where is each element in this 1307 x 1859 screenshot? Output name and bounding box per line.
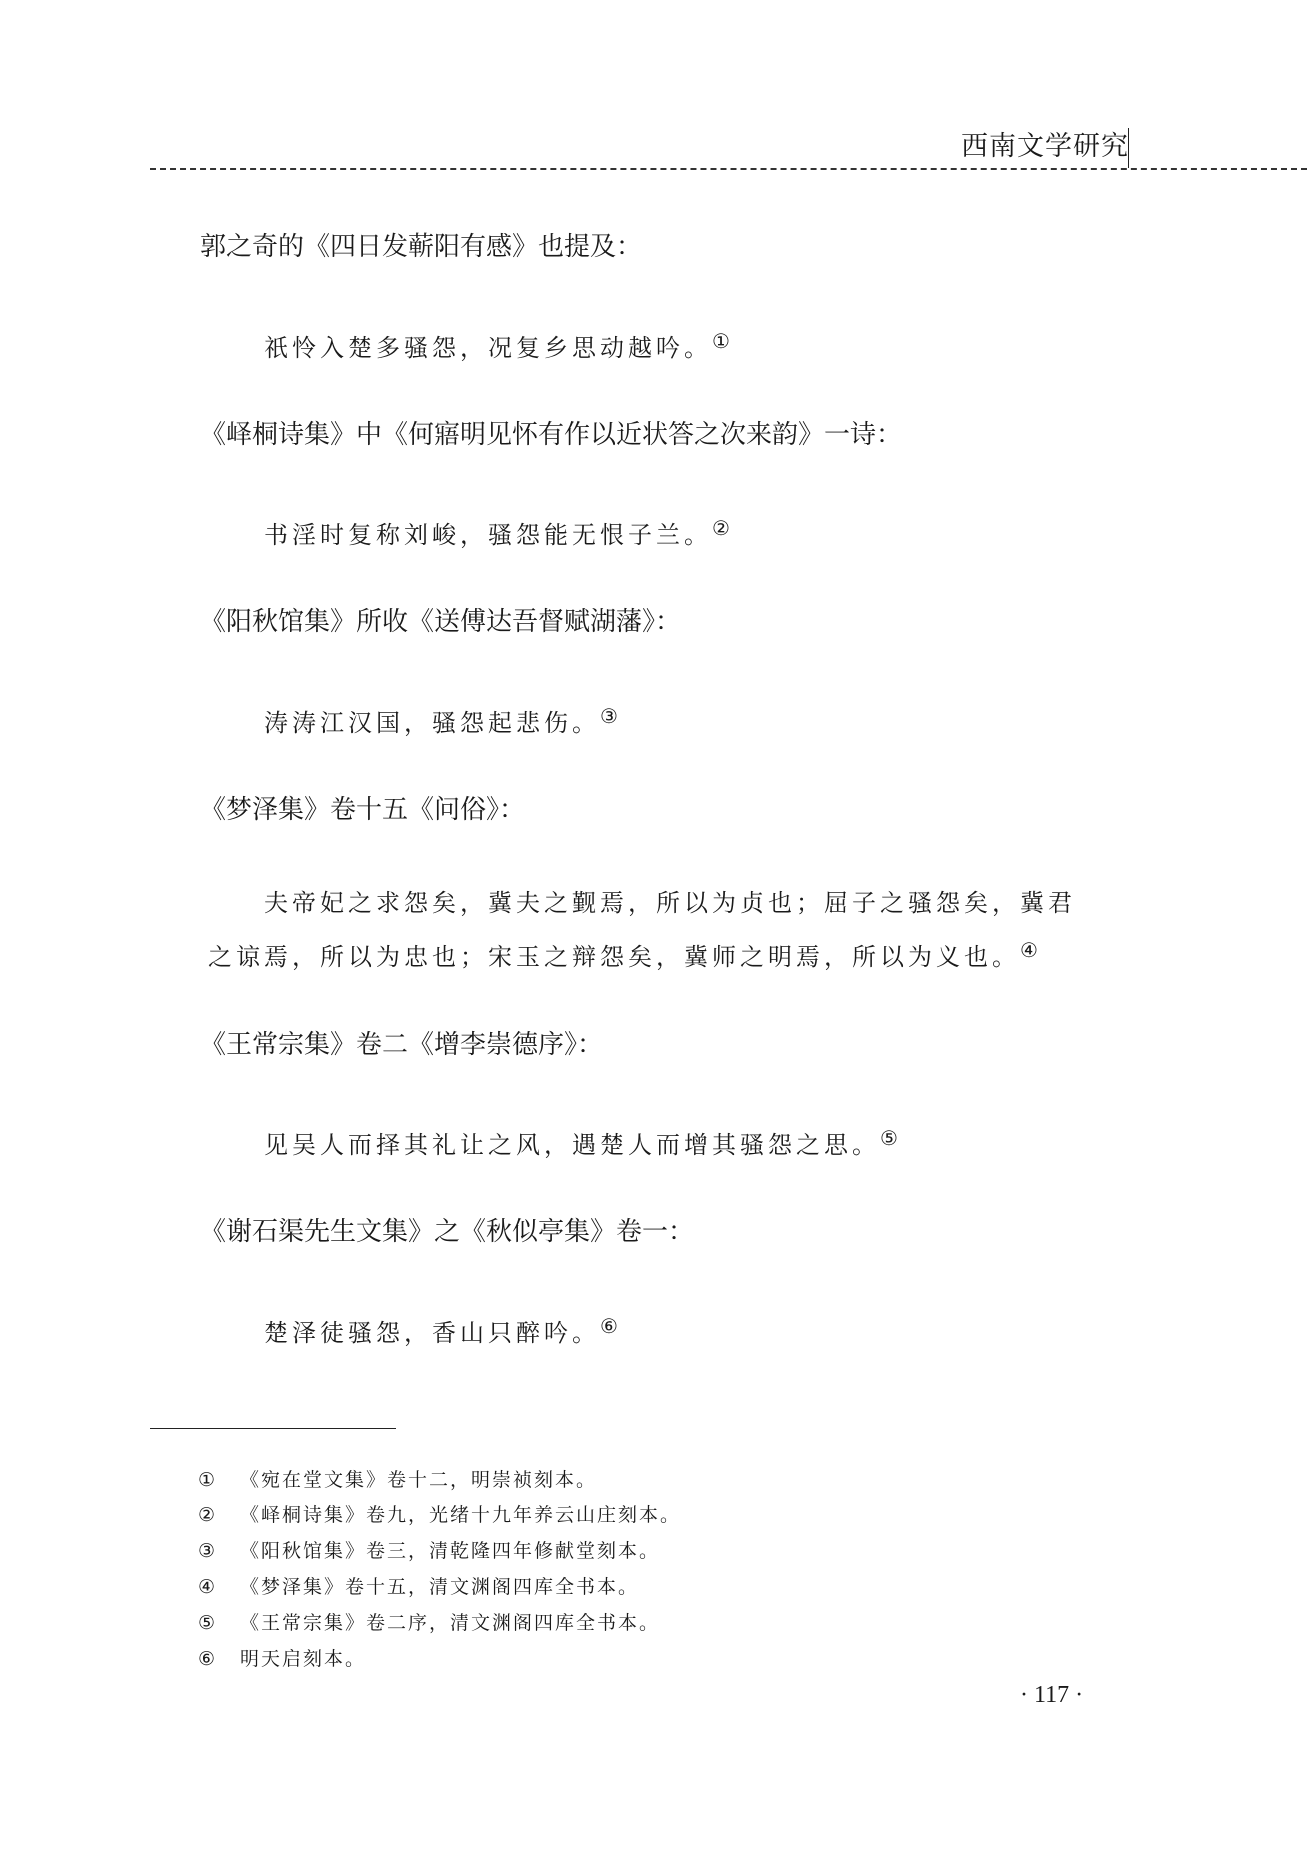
header-vertical-bar	[1128, 128, 1129, 168]
footnote-text: 《阳秋馆集》卷三，清乾隆四年修献堂刻本。	[240, 1540, 660, 1562]
journal-title: 西南文学研究	[961, 130, 1129, 164]
quote-text: 祇怜入楚多骚怨，况复乡思动越吟。	[264, 334, 712, 362]
footnote-number: ④	[198, 1574, 240, 1600]
footnote-mark[interactable]: ⑤	[880, 1126, 898, 1150]
quote-line: 之谅焉，所以为忠也；宋玉之辩怨矣，冀师之明焉，所以为义也。④	[208, 934, 1038, 973]
footnote-number: ②	[198, 1502, 240, 1528]
intro-line: 《王常宗集》卷二《增李崇德序》：	[200, 1028, 603, 1062]
footnote-mark[interactable]: ①	[712, 329, 730, 353]
quote-text: 之谅焉，所以为忠也；宋玉之辩怨矣，冀师之明焉，所以为义也。	[208, 943, 1020, 971]
footnote-text: 明天启刻本。	[240, 1648, 366, 1670]
footnote-item: ④《梦泽集》卷十五，清文渊阁四库全书本。	[198, 1574, 639, 1600]
quote-line: 涛涛江汉国，骚怨起悲伤。③	[264, 700, 618, 739]
quote-line: 书淫时复称刘峻，骚怨能无恨子兰。②	[264, 512, 730, 551]
footnote-text: 《宛在堂文集》卷十二，明崇祯刻本。	[240, 1469, 597, 1491]
footnote-mark[interactable]: ⑥	[600, 1314, 618, 1338]
footnote-number: ⑤	[198, 1610, 240, 1636]
page-number: · 117 ·	[1020, 1680, 1083, 1710]
footnote-text: 《梦泽集》卷十五，清文渊阁四库全书本。	[240, 1576, 639, 1598]
quote-text: 涛涛江汉国，骚怨起悲伤。	[264, 709, 600, 737]
footnote-item: ⑤《王常宗集》卷二序，清文渊阁四库全书本。	[198, 1610, 660, 1636]
intro-line: 《梦泽集》卷十五《问俗》：	[200, 793, 525, 827]
footnote-text: 《王常宗集》卷二序，清文渊阁四库全书本。	[240, 1612, 660, 1634]
quote-line: 楚泽徒骚怨，香山只醉吟。⑥	[264, 1310, 618, 1349]
quote-text: 见吴人而择其礼让之风，遇楚人而增其骚怨之思。	[264, 1131, 880, 1159]
footnote-number: ⑥	[198, 1646, 240, 1672]
quote-line: 夫帝妃之求怨矣，冀夫之觐焉，所以为贞也；屈子之骚怨矣，冀君	[264, 887, 1076, 919]
quote-text: 书淫时复称刘峻，骚怨能无恨子兰。	[264, 521, 712, 549]
footnote-number: ①	[198, 1467, 240, 1493]
quote-line: 见吴人而择其礼让之风，遇楚人而增其骚怨之思。⑤	[264, 1122, 898, 1161]
footnote-mark[interactable]: ②	[712, 516, 730, 540]
header-dashed-rule	[150, 168, 1307, 170]
quote-line: 祇怜入楚多骚怨，况复乡思动越吟。①	[264, 325, 730, 364]
intro-line: 《谢石渠先生文集》之《秋似亭集》卷一：	[200, 1215, 694, 1249]
intro-line: 《峄桐诗集》中《何寤明见怀有作以近状答之次来韵》一诗：	[200, 418, 902, 452]
quote-text: 楚泽徒骚怨，香山只醉吟。	[264, 1319, 600, 1347]
footnote-number: ③	[198, 1538, 240, 1564]
intro-line: 《阳秋馆集》所收《送傅达吾督赋湖藩》：	[200, 605, 681, 639]
footnote-item: ③《阳秋馆集》卷三，清乾隆四年修献堂刻本。	[198, 1538, 660, 1564]
footnote-item: ①《宛在堂文集》卷十二，明崇祯刻本。	[198, 1467, 597, 1493]
footnote-item: ⑥明天启刻本。	[198, 1646, 366, 1672]
intro-line: 郭之奇的《四日发蕲阳有感》也提及：	[200, 230, 642, 264]
footnote-mark[interactable]: ③	[600, 704, 618, 728]
footnote-text: 《峄桐诗集》卷九，光绪十九年养云山庄刻本。	[240, 1504, 681, 1526]
footnote-mark[interactable]: ④	[1020, 938, 1038, 962]
footnote-item: ②《峄桐诗集》卷九，光绪十九年养云山庄刻本。	[198, 1502, 681, 1528]
footnote-separator	[150, 1428, 396, 1429]
running-header: 西南文学研究	[150, 130, 1307, 170]
